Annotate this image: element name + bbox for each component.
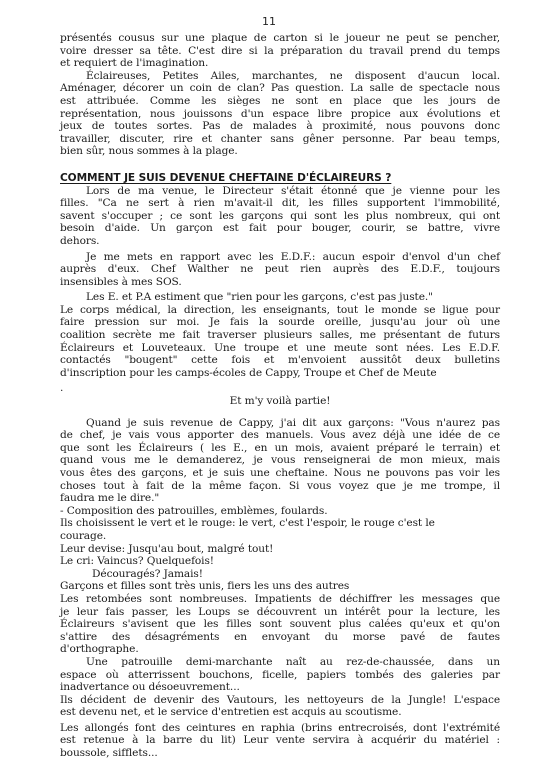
text-line: est devenu net, et le service d'entretie…: [60, 706, 500, 719]
text-line: quand vous me le demanderez, je vous ren…: [60, 454, 500, 467]
text-line: je leur fais passer, les Loups se découv…: [60, 606, 500, 619]
text-line: et requiert de l'imagination.: [60, 57, 500, 70]
text-line: choses tout à fait de la même façon. Si …: [60, 480, 500, 493]
text-line: Aménager, décorer un coin de clan? Pas q…: [60, 82, 500, 95]
text-line: Ils choisissent le vert et le rouge: le …: [60, 517, 500, 530]
text-line: Découragés? Jamais!: [60, 568, 500, 581]
text-line: Je me mets en rapport avec les E.D.F.: a…: [60, 251, 500, 264]
text-line: Les E. et P.A estiment que "rien pour le…: [60, 291, 500, 304]
text-line: filles. "Ca ne sert à rien m'avait-il di…: [60, 197, 500, 210]
text-line: Garçons et filles sont très unis, fiers …: [60, 580, 500, 593]
text-line: de chef, je vais vous apporter des manue…: [60, 429, 500, 442]
text-line: faire pression sur moi. Je fais la sourd…: [60, 316, 500, 329]
text-line: Le cri: Vaincus? Quelquefois!: [60, 555, 500, 568]
text-line: inadvertance ou désoeuvrement...: [60, 681, 500, 694]
paragraph-vautours: Ils décident de devenir des Vautours, le…: [60, 694, 500, 719]
text-line: coalition secrète me fait traverser plus…: [60, 329, 500, 342]
stray-mark: .: [60, 382, 500, 395]
text-line: Les allongés font des ceintures en raphi…: [60, 722, 500, 735]
text-line: boussole, sifflets...: [60, 747, 500, 760]
document-page: 11 présentés cousus sur une plaque de ca…: [0, 0, 551, 768]
text-line: s'attire des désagréments en envoyant du…: [60, 631, 500, 644]
text-line: jeux de toutes sortes. Pas de malades à …: [60, 120, 500, 133]
text-line: espace où atterrissent bouchons, ficelle…: [60, 669, 500, 682]
paragraph-coalition: Les E. et P.A estiment que "rien pour le…: [60, 291, 500, 379]
text-line: contactés "bougent" cette fois et m'envo…: [60, 354, 500, 367]
text-line: dehors.: [60, 235, 500, 248]
text-line: d'orthographe.: [60, 643, 500, 656]
paragraph-eclaireuses: Éclaireuses, Petites Ailes, marchantes, …: [60, 70, 500, 158]
text-line: Leur devise: Jusqu'au bout, malgré tout!: [60, 543, 500, 556]
centered-line: Et m'y voilà partie!: [60, 395, 500, 408]
paragraph-edf: Je me mets en rapport avec les E.D.F.: a…: [60, 251, 500, 289]
text-line: besoin d'aide. Un garçon est fait pour b…: [60, 222, 500, 235]
text-line: présentés cousus sur une plaque de carto…: [60, 32, 500, 45]
page-number: 11: [262, 15, 276, 28]
text-line: Éclaireuses, Petites Ailes, marchantes, …: [60, 70, 500, 83]
text-line: bien sûr, nous sommes à la plage.: [60, 145, 500, 158]
text-line: savent s'occuper ; ce sont les garçons q…: [60, 210, 500, 223]
text-line: Éclaireurs s'avisent que les filles sont…: [60, 618, 500, 631]
text-line: auprès d'eux. Chef Walther ne peut rien …: [60, 263, 500, 276]
text-line: Ils décident de devenir des Vautours, le…: [60, 694, 500, 707]
text-line: voire dresser sa tête. C'est dire si la …: [60, 45, 500, 58]
paragraph-retour-cappy: Quand je suis revenue de Cappy, j'ai dit…: [60, 417, 500, 505]
paragraph-allonges: Les allongés font des ceintures en raphi…: [60, 722, 500, 760]
text-line: vous êtes des garçons, et je suis une ch…: [60, 467, 500, 480]
text-line: Éclaireurs et Louveteaux. Une troupe et …: [60, 342, 500, 355]
paragraph-lors-de-ma-venue: Lors de ma venue, le Directeur s'était é…: [60, 185, 500, 248]
text-line: Une patrouille demi-marchante naît au re…: [60, 656, 500, 669]
paragraph-patrouilles: - Composition des patrouilles, emblèmes,…: [60, 505, 500, 656]
paragraph-demi-marchante: Une patrouille demi-marchante naît au re…: [60, 656, 500, 694]
text-line: courage.: [60, 530, 500, 543]
section-heading: COMMENT JE SUIS DEVENUE CHEFTAINE D'ÉCLA…: [60, 172, 391, 185]
text-line: est attribuée. Comme les sièges ne sont …: [60, 95, 500, 108]
text-line: Lors de ma venue, le Directeur s'était é…: [60, 185, 500, 198]
text-line: Le corps médical, la direction, les ense…: [60, 304, 500, 317]
text-line: représentation, nous jouissons d'un espa…: [60, 108, 500, 121]
text-line: d'inscription pour les camps-écoles de C…: [60, 367, 500, 380]
text-line: est retenue à la barre du lit) Leur vent…: [60, 734, 500, 747]
text-line: Les retombées sont nombreuses. Impatient…: [60, 593, 500, 606]
text-line: que sont les Éclaireurs ( les E., en un …: [60, 442, 500, 455]
body-text: présentés cousus sur une plaque de carto…: [60, 32, 500, 760]
text-line: faudra me le dire.": [60, 492, 500, 505]
text-line: Quand je suis revenue de Cappy, j'ai dit…: [60, 417, 500, 430]
section-heading-block: COMMENT JE SUIS DEVENUE CHEFTAINE D'ÉCLA…: [60, 172, 500, 185]
text-line: insensibles à mes SOS.: [60, 276, 500, 289]
text-line: travailler, discuter, rire et chanter sa…: [60, 133, 500, 146]
paragraph-continuation: présentés cousus sur une plaque de carto…: [60, 32, 500, 70]
text-line: - Composition des patrouilles, emblèmes,…: [60, 505, 500, 518]
